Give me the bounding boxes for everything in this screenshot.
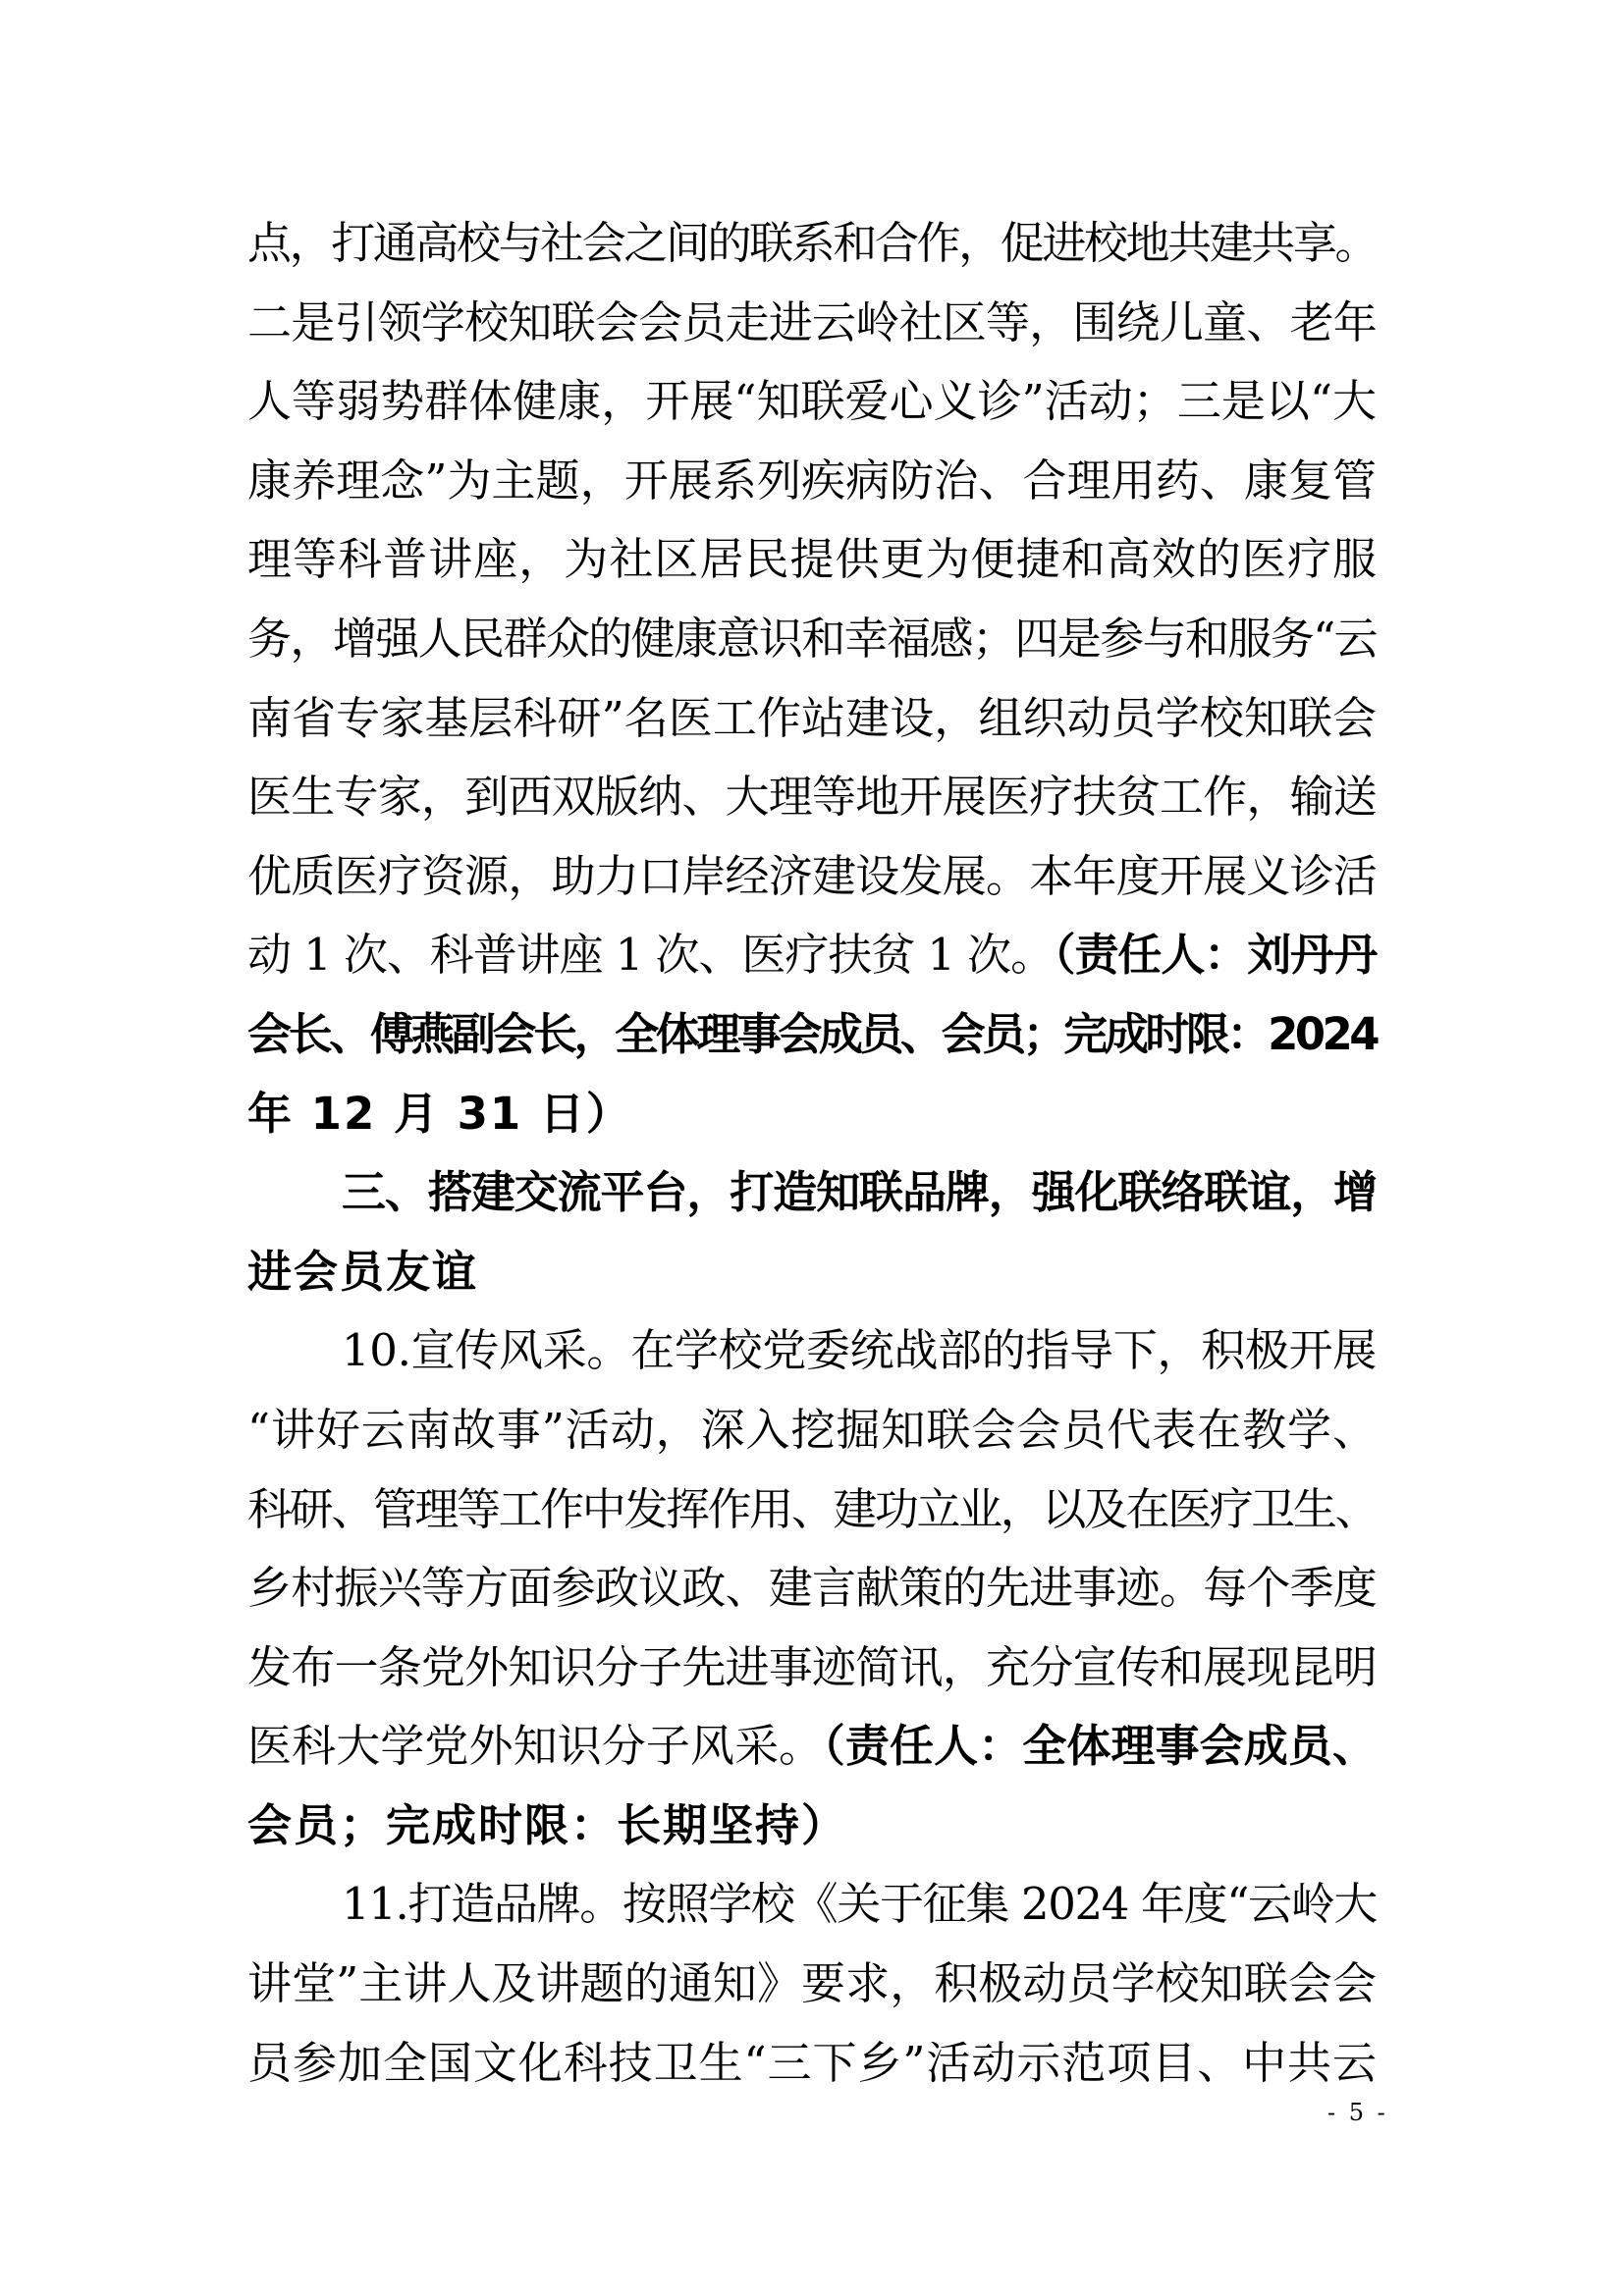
bold-text-run: 三、搭建交流平台，打造知联品牌，强化联络联谊，增 [342,1166,1377,1218]
paragraph-line: 年 12 月 31 日） [247,1075,1377,1154]
paragraph-line: 医生专家，到西双版纳、大理等地开展医疗扶贫工作，输送 [247,758,1377,837]
text-run: 动 1 次、科普讲座 1 次、医疗扶贫 1 次。 [247,929,1054,981]
paragraph-line: 南省专家基层科研”名医工作站建设，组织动员学校知联会 [247,679,1377,759]
paragraph-line: 点，打通高校与社会之间的联系和合作，促进校地共建共享。 [247,204,1377,284]
document-page: 点，打通高校与社会之间的联系和合作，促进校地共建共享。二是引领学校知联会会员走进… [247,204,1377,2103]
text-run: 康养理念”为主题，开展系列疾病防治、合理用药、康复管 [247,454,1377,507]
paragraph-line: 11.打造品牌。按照学校《关于征集 2024 年度“云岭大 [247,1865,1377,1945]
text-run: 优质医疗资源，助力口岸经济建设发展。本年度开展义诊活 [247,850,1377,902]
text-run: 讲堂”主讲人及讲题的通知》要求，积极动员学校知联会会 [247,1957,1377,2009]
text-run: 科研、管理等工作中发挥作用、建功立业，以及在医疗卫生、 [247,1483,1377,1535]
text-run: 10.宣传风采。在学校党委统战部的指导下，积极开展 [342,1324,1377,1376]
text-run: 理等科普讲座，为社区居民提供更为便捷和高效的医疗服 [247,533,1377,585]
bold-text-run: 会员；完成时限：长期坚持） [247,1799,847,1851]
text-run: 医科大学党外知识分子风采。 [247,1720,823,1772]
paragraph-line: 发布一条党外知识分子先进事迹简讯，充分宣传和展现昆明 [247,1629,1377,1708]
paragraph-line: 优质医疗资源，助力口岸经济建设发展。本年度开展义诊活 [247,837,1377,917]
paragraph-line: 会员；完成时限：长期坚持） [247,1787,1377,1866]
paragraph-line: 科研、管理等工作中发挥作用、建功立业，以及在医疗卫生、 [247,1470,1377,1550]
paragraph-line: 乡村振兴等方面参政议政、建言献策的先进事迹。每个季度 [247,1549,1377,1629]
paragraph-line: 二是引领学校知联会会员走进云岭社区等，围绕儿童、老年 [247,284,1377,363]
bold-text-run: 年 12 月 31 日） [247,1088,632,1140]
bold-text-run: （责任人：全体理事会成员、 [823,1720,1377,1772]
paragraph-line: 会长、傅燕副会长，全体理事会成员、会员；完成时限：2024 [247,995,1377,1075]
paragraph-line: 务，增强人民群众的健康意识和幸福感；四是参与和服务“云 [247,600,1377,679]
text-run: 二是引领学校知联会会员走进云岭社区等，围绕儿童、老年 [247,296,1377,348]
text-run: 员参加全国文化科技卫生“三下乡”活动示范项目、中共云 [247,2037,1377,2089]
paragraph-line: “讲好云南故事”活动，深入挖掘知联会会员代表在教学、 [247,1391,1377,1470]
text-run: 发布一条党外知识分子先进事迹简讯，充分宣传和展现昆明 [247,1641,1377,1693]
paragraph-line: 理等科普讲座，为社区居民提供更为便捷和高效的医疗服 [247,520,1377,600]
page-number: - 5 - [1327,2099,1388,2126]
text-run: 乡村振兴等方面参政议政、建言献策的先进事迹。每个季度 [247,1562,1377,1614]
text-run: 医生专家，到西双版纳、大理等地开展医疗扶贫工作，输送 [247,771,1377,823]
section-heading-line: 进会员友谊 [247,1233,1377,1312]
bold-text-run: （责任人：刘丹丹 [1054,929,1377,981]
text-run: 点，打通高校与社会之间的联系和合作，促进校地共建共享。 [247,217,1377,269]
paragraph-line: 动 1 次、科普讲座 1 次、医疗扶贫 1 次。（责任人：刘丹丹 [247,916,1377,995]
paragraph-line: 员参加全国文化科技卫生“三下乡”活动示范项目、中共云 [247,2024,1377,2104]
text-run: 人等弱势群体健康，开展“知联爱心义诊”活动；三是以“大 [247,375,1377,427]
text-run: “讲好云南故事”活动，深入挖掘知联会会员代表在教学、 [247,1404,1377,1456]
text-run: 务，增强人民群众的健康意识和幸福感；四是参与和服务“云 [247,613,1377,665]
section-heading-line: 三、搭建交流平台，打造知联品牌，强化联络联谊，增 [247,1153,1377,1233]
bold-text-run: 进会员友谊 [247,1246,478,1298]
paragraph-line: 人等弱势群体健康，开展“知联爱心义诊”活动；三是以“大 [247,362,1377,442]
paragraph-line: 10.宣传风采。在学校党委统战部的指导下，积极开展 [247,1311,1377,1391]
text-run: 11.打造品牌。按照学校《关于征集 2024 年度“云岭大 [342,1878,1377,1930]
paragraph-line: 医科大学党外知识分子风采。（责任人：全体理事会成员、 [247,1707,1377,1787]
text-run: 南省专家基层科研”名医工作站建设，组织动员学校知联会 [247,692,1377,744]
paragraph-line: 康养理念”为主题，开展系列疾病防治、合理用药、康复管 [247,442,1377,521]
paragraph-line: 讲堂”主讲人及讲题的通知》要求，积极动员学校知联会会 [247,1945,1377,2024]
bold-text-run: 会长、傅燕副会长，全体理事会成员、会员；完成时限：2024 [247,1008,1377,1060]
